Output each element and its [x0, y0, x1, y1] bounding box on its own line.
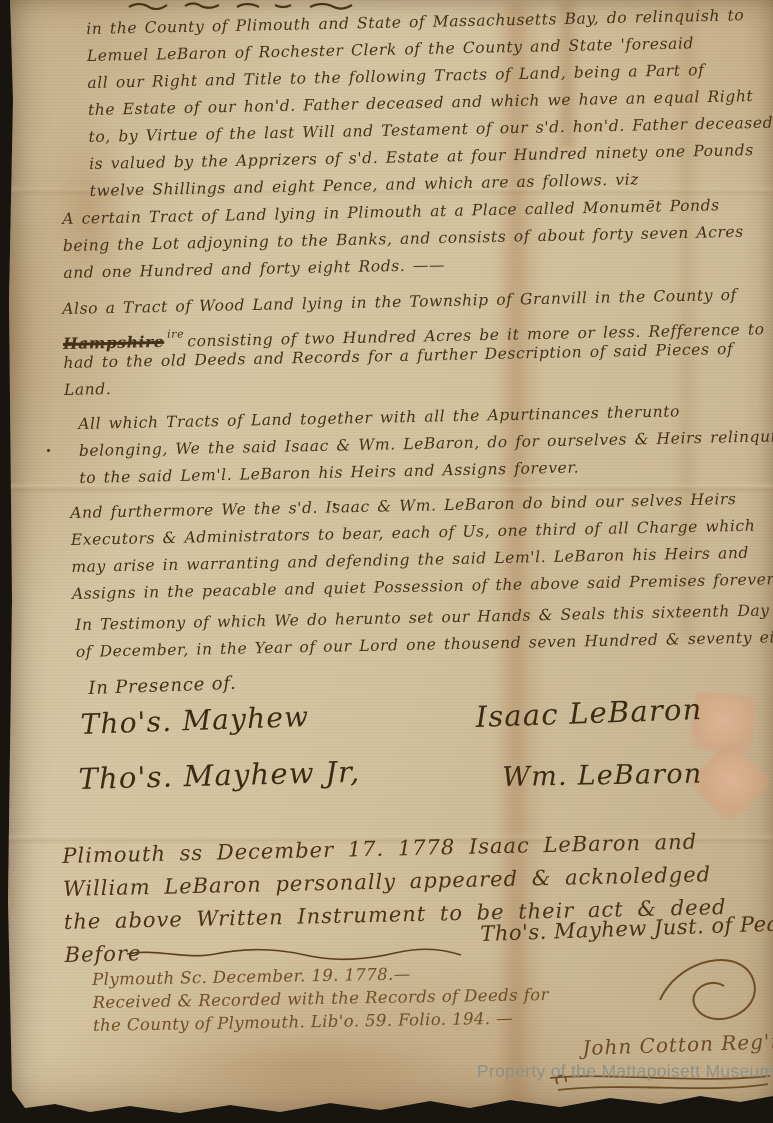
witness-heading: In Presence of.	[88, 673, 237, 699]
covenant2-paragraph: And furthermore We the s'd. Isaac & Wm. …	[70, 485, 773, 608]
manuscript-page: in the County of Plimouth and State of M…	[0, 0, 773, 1123]
tract1-paragraph: A certain Tract of Land lying in Plimout…	[62, 192, 745, 287]
clipped-text-fragment	[125, 0, 365, 10]
bottom-stain	[150, 1030, 450, 1100]
covenant1-paragraph: All which Tracts of Land together with a…	[78, 396, 773, 492]
witness-signature: Tho's. Mayhew Jr,	[78, 755, 361, 796]
registrar-signature: John Cotton Reg'r.	[582, 1029, 773, 1060]
acknowledgment-paragraph: Plimouth ss December 17. 1778 Isaac LeBa…	[62, 825, 728, 972]
recording-paragraph: Plymouth Sc. December. 19. 1778.— Receiv…	[92, 960, 549, 1037]
museum-watermark: Property of the Mattapoisett Museum	[477, 1061, 773, 1082]
testimonium-paragraph: In Testimony of which We do herunto set …	[75, 597, 773, 666]
inserted-correction: ire	[167, 327, 184, 340]
tract2-paragraph: Also a Tract of Wood Land lying in the T…	[62, 281, 773, 404]
opening-paragraph: in the County of Plimouth and State of M…	[86, 1, 773, 205]
ink-dot	[47, 449, 50, 452]
witness-signature: Tho's. Mayhew	[80, 700, 310, 741]
signature-isaac-lebaron: Isaac LeBaron	[475, 692, 703, 734]
signature-wm-lebaron: Wm. LeBaron	[502, 759, 703, 793]
